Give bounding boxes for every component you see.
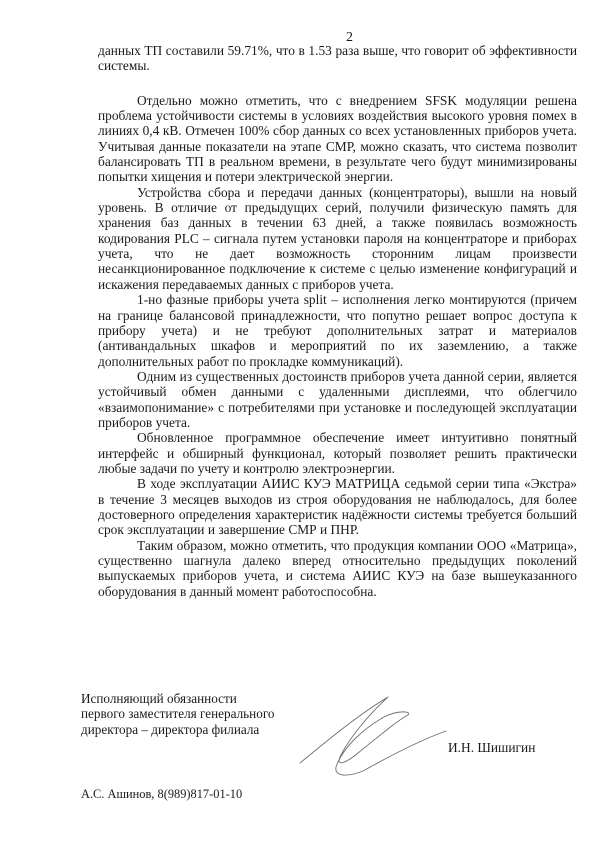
paragraph: Устройства сбора и передачи данных (конц… <box>98 185 577 292</box>
signatory-title-line: директора – директора филиала <box>81 722 275 737</box>
paragraph: В ходе эксплуатации АИИС КУЭ МАТРИЦА сед… <box>98 476 577 537</box>
signatory-name: И.Н. Шишигин <box>448 740 535 756</box>
letter-body: данных ТП составили 59.71%, что в 1.53 р… <box>98 43 577 599</box>
paragraph: Отдельно можно отметить, что с внедрение… <box>98 93 577 185</box>
paragraph-continuation: данных ТП составили 59.71%, что в 1.53 р… <box>98 43 577 74</box>
paragraph: Обновленное программное обеспечение имее… <box>98 430 577 476</box>
contact-line: А.С. Ашинов, 8(989)817-01-10 <box>81 787 242 802</box>
handwritten-signature-icon <box>288 685 448 785</box>
signatory-title-line: первого заместителя генерального <box>81 706 275 721</box>
signatory-title-line: Исполняющий обязанности <box>81 691 275 706</box>
signatory-title: Исполняющий обязанности первого заместит… <box>81 691 275 737</box>
paragraph: Одним из существенных достоинств приборо… <box>98 369 577 430</box>
paragraph: Таким образом, можно отметить, что проду… <box>98 538 577 599</box>
paragraph: 1-но фазные приборы учета split – исполн… <box>98 292 577 369</box>
